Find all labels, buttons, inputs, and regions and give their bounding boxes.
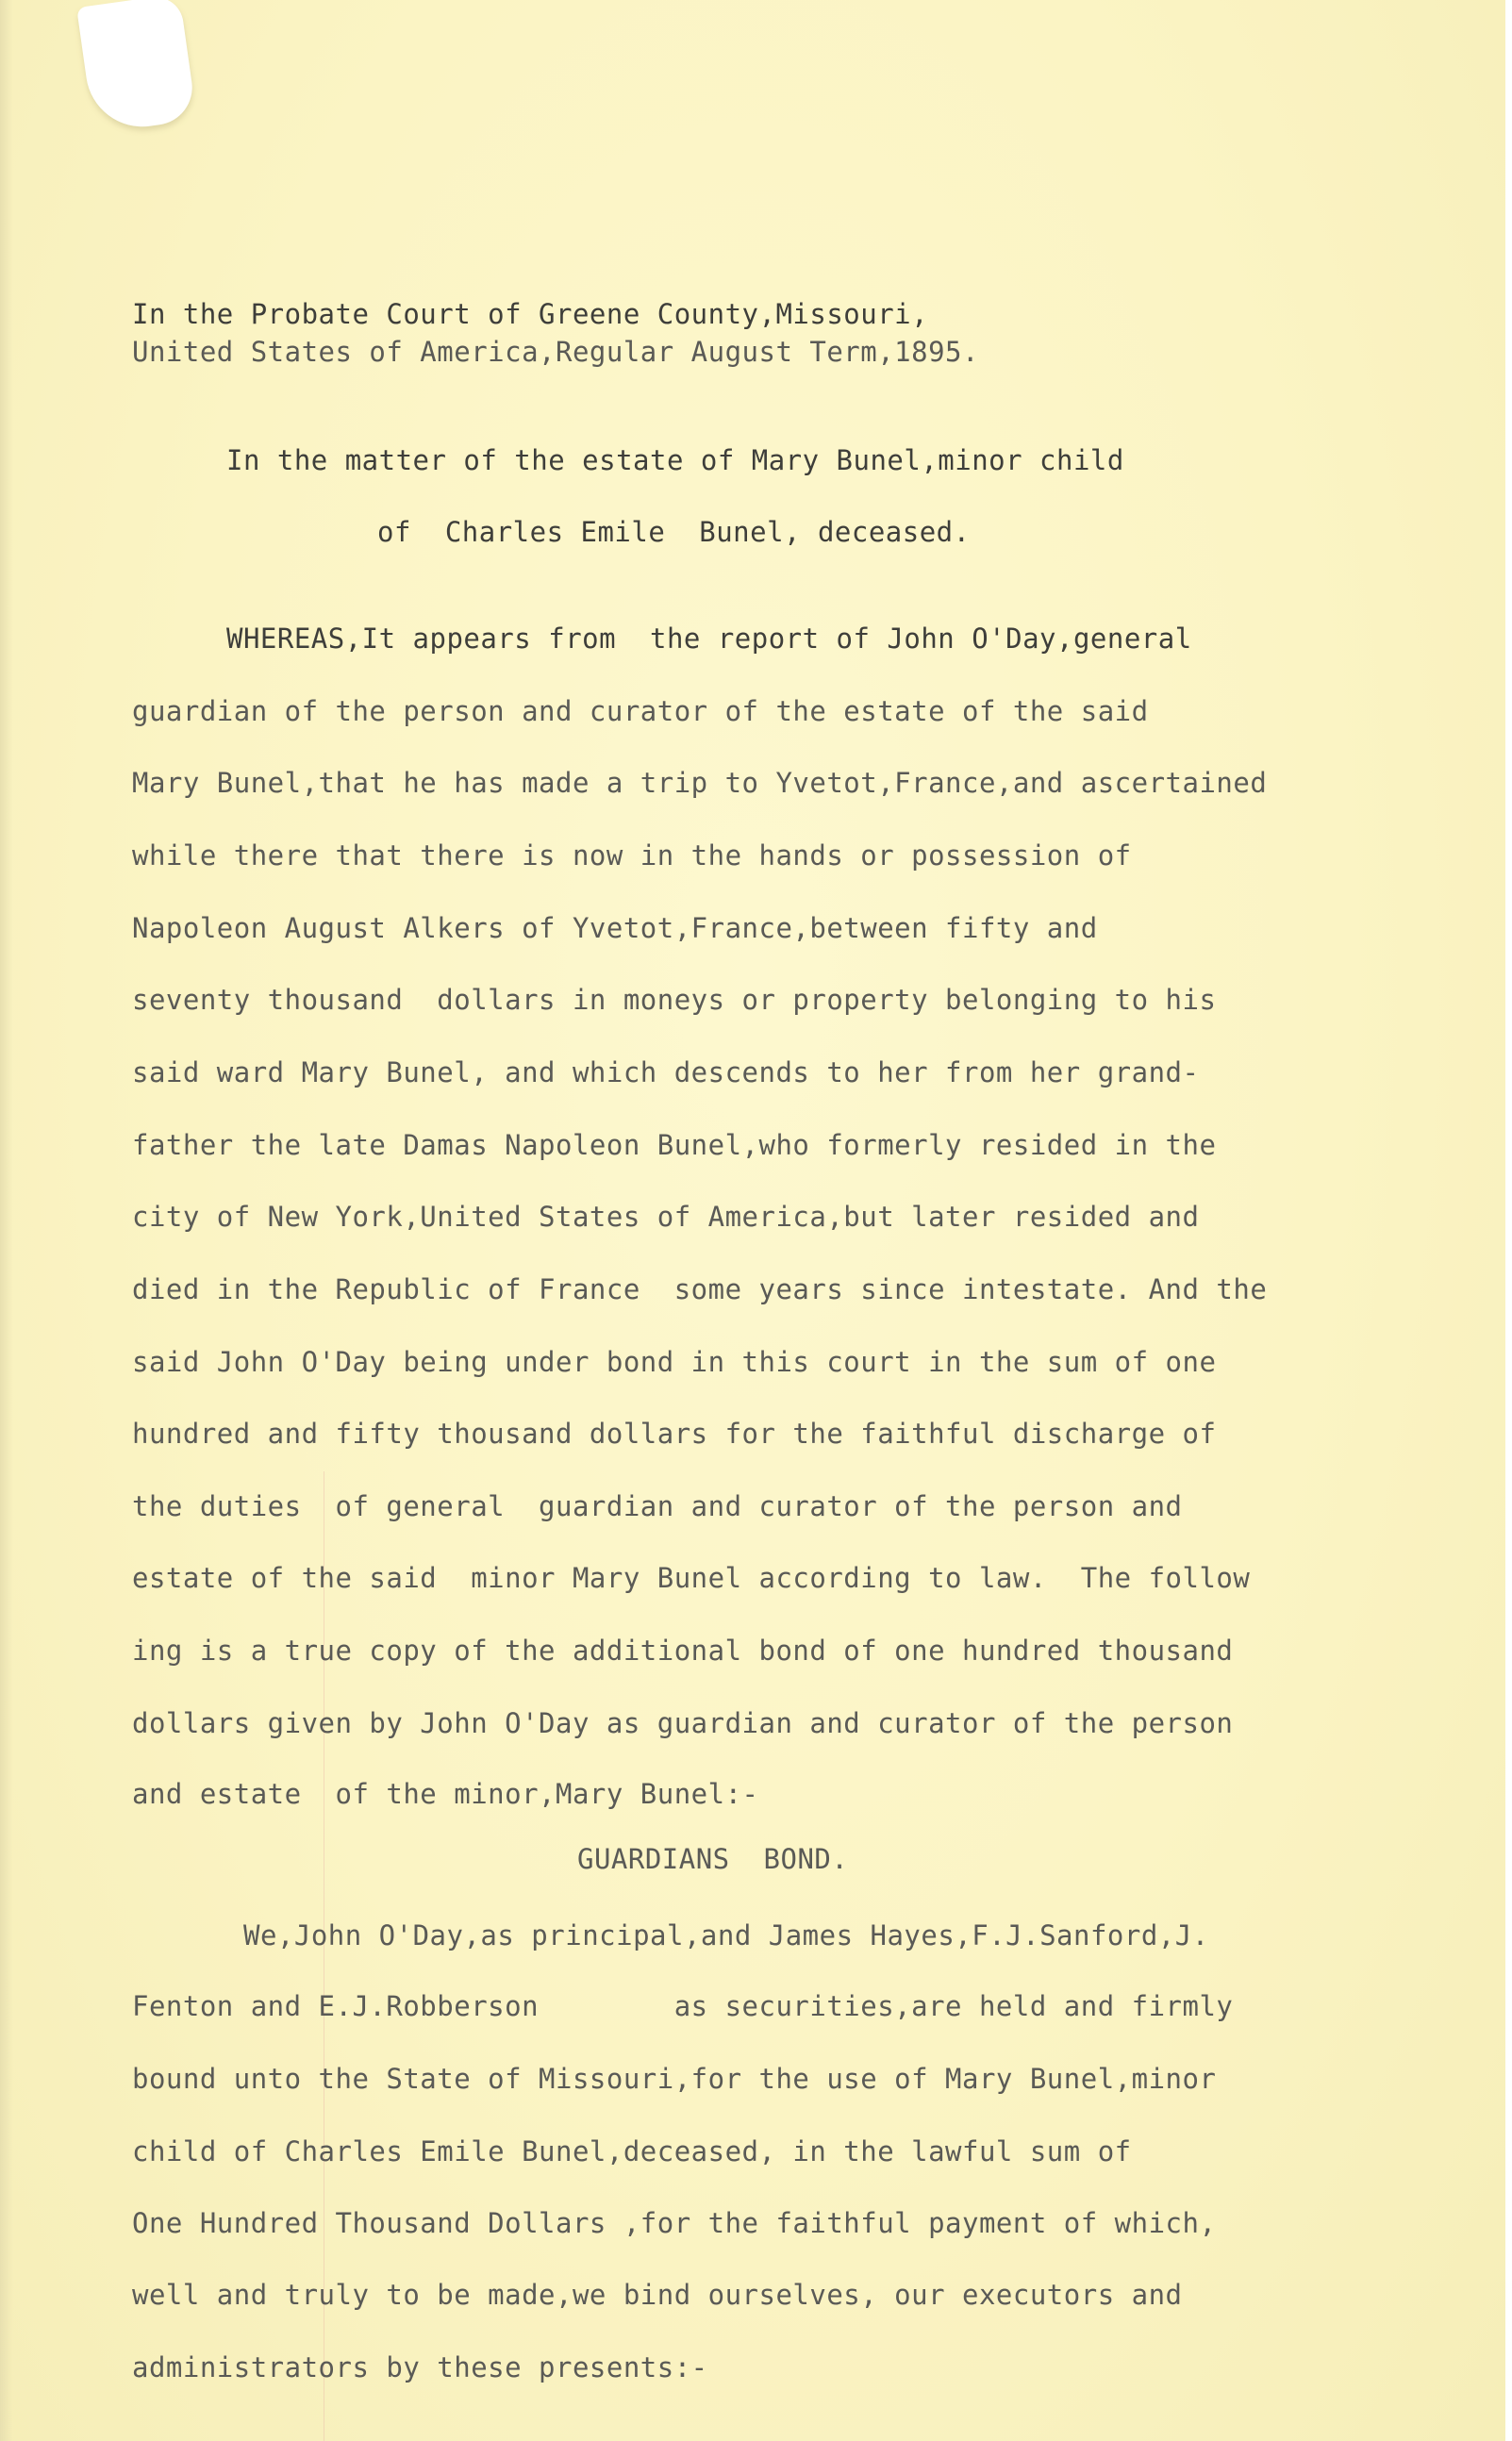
bond-title: GUARDIANS BOND. (577, 1843, 848, 1875)
body-line: WHEREAS,It appears from the report of Jo… (226, 623, 1192, 655)
paper-edge (0, 0, 13, 2441)
body-line: the duties of general guardian and curat… (132, 1490, 1183, 1522)
bond-line: administrators by these presents:- (132, 2351, 708, 2383)
torn-corner (76, 0, 197, 134)
bond-line: bound unto the State of Missouri,for the… (132, 2063, 1216, 2095)
body-line: Napoleon August Alkers of Yvetot,France,… (132, 912, 1098, 944)
body-line: estate of the said minor Mary Bunel acco… (132, 1562, 1250, 1594)
court-header-line-1: In the Probate Court of Greene County,Mi… (132, 298, 928, 330)
body-line: dollars given by John O'Day as guardian … (132, 1707, 1233, 1739)
body-line: hundred and fifty thousand dollars for t… (132, 1418, 1216, 1450)
body-line: while there that there is now in the han… (132, 839, 1132, 872)
bond-line: We,John O'Day,as principal,and James Hay… (243, 1919, 1209, 1951)
body-line: father the late Damas Napoleon Bunel,who… (132, 1129, 1216, 1161)
caption-line-1: In the matter of the estate of Mary Bune… (226, 444, 1124, 476)
body-line: and estate of the minor,Mary Bunel:- (132, 1778, 759, 1810)
body-line: ing is a true copy of the additional bon… (132, 1635, 1233, 1667)
bond-line: child of Charles Emile Bunel,deceased, i… (132, 2135, 1132, 2167)
bond-line: One Hundred Thousand Dollars ,for the fa… (132, 2207, 1216, 2239)
body-line: died in the Republic of France some year… (132, 1273, 1267, 1305)
bond-line: well and truly to be made,we bind oursel… (132, 2279, 1183, 2311)
paper-sheet: In the Probate Court of Greene County,Mi… (0, 0, 1505, 2441)
body-line: Mary Bunel,that he has made a trip to Yv… (132, 767, 1267, 799)
body-line: city of New York,United States of Americ… (132, 1201, 1199, 1233)
body-line: seventy thousand dollars in moneys or pr… (132, 984, 1216, 1016)
body-line: guardian of the person and curator of th… (132, 695, 1149, 727)
caption-line-2: of Charles Emile Bunel, deceased. (377, 516, 971, 548)
court-header-line-2: United States of America,Regular August … (132, 336, 979, 368)
body-line: said John O'Day being under bond in this… (132, 1346, 1216, 1378)
body-line: said ward Mary Bunel, and which descends… (132, 1056, 1199, 1088)
bond-line: Fenton and E.J.Robberson as securities,a… (132, 1990, 1233, 2022)
